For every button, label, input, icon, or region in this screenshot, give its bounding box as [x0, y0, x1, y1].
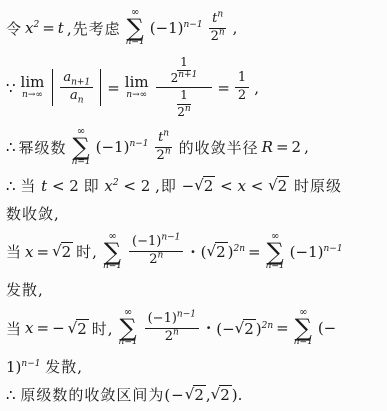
- summation-symbol: ∞ ∑ n=1: [103, 232, 122, 272]
- radicand: 2: [219, 385, 232, 404]
- neg-one-base: (−1): [150, 19, 184, 37]
- absolute-value: an+1 an: [52, 69, 101, 106]
- variable-x: x: [104, 177, 112, 195]
- sigma-icon: ∑: [127, 18, 144, 38]
- solution-line-5: 数收敛,: [6, 203, 379, 224]
- limit-operator: lim n→∞: [125, 75, 149, 100]
- radical-icon: √: [185, 385, 195, 403]
- neg-one-power: (−1)n−1: [96, 138, 149, 156]
- minus-sign: −: [52, 319, 65, 337]
- text-run: 幂级数: [19, 137, 67, 158]
- limit-operator: lim n→∞: [21, 75, 45, 100]
- summation-symbol: ∞ ∑ n=1: [126, 8, 145, 48]
- radical-icon: √: [235, 319, 245, 337]
- neg-one-power: (−1)n−1: [290, 243, 343, 261]
- sqrt-two: √2: [194, 176, 215, 195]
- fraction-numerator: (−1)n−1: [145, 312, 199, 329]
- fraction-denominator: an: [67, 88, 87, 104]
- sum-lower-limit: n=1: [72, 158, 91, 168]
- lim-word: lim: [21, 75, 45, 90]
- solution-line-8: 当 x = −√2 时, ∞ ∑ n=1 (−1)n−1 2n · (−√2)2…: [6, 308, 379, 348]
- variable-a: a: [63, 70, 71, 85]
- sum-lower-limit: n=1: [294, 338, 313, 348]
- radicand: 2: [76, 319, 89, 338]
- outer-denominator: 1 2n: [162, 88, 205, 120]
- exponent: n: [185, 104, 191, 114]
- radical-icon: √: [211, 385, 221, 403]
- sum-lower-limit: n=1: [126, 38, 145, 48]
- equals-sign: =: [276, 319, 289, 337]
- sqrt-two: √2: [207, 242, 228, 261]
- text-run: 时,: [92, 318, 114, 339]
- neg-one-base: (−1): [132, 234, 161, 249]
- exponent: n−1: [129, 139, 148, 149]
- open-paren-minus: (−: [318, 319, 336, 337]
- comma: ,: [304, 138, 309, 156]
- text-run: 令: [6, 18, 22, 39]
- variable-x: x: [25, 319, 33, 337]
- base-two: 2: [165, 329, 173, 344]
- neg-one-base: (−1): [96, 138, 130, 156]
- neg-one-base: (−1): [148, 311, 177, 326]
- exponent: 2n: [233, 244, 245, 254]
- fraction-denominator: 2n: [154, 148, 174, 164]
- sqrt-two: √2: [235, 319, 256, 338]
- solution-line-6: 当 x = √2 时, ∞ ∑ n=1 (−1)n−1 2n · (√2)2n …: [6, 232, 379, 272]
- exponent: n: [157, 251, 163, 261]
- sqrt-two: √2: [268, 176, 289, 195]
- lim-subscript: n→∞: [22, 91, 43, 100]
- solution-line-2: ∵ lim n→∞ an+1 an = lim n→∞ 1 2n+1: [6, 56, 379, 120]
- subscript: n+1: [71, 78, 90, 88]
- because-symbol: ∵: [6, 79, 16, 97]
- comma: ,: [233, 19, 238, 37]
- fraction-neg1-over-2n: (−1)n−1 2n: [129, 235, 183, 268]
- solution-line-7: 发散,: [6, 279, 379, 300]
- therefore-symbol: ∴: [6, 138, 16, 156]
- exponent: n: [165, 147, 171, 157]
- fraction-tn-over-2n: tn 2n: [154, 131, 174, 164]
- fraction-denominator: 2n: [162, 329, 182, 345]
- fraction-denominator: 2n: [208, 29, 228, 45]
- lim-word: lim: [125, 75, 149, 90]
- inner-fraction-top: 1 2n+1: [168, 56, 201, 87]
- variable-t: t: [58, 19, 64, 37]
- exponent: n: [173, 327, 179, 337]
- exponent: 2: [33, 20, 39, 30]
- fraction-denominator: 2: [235, 88, 249, 104]
- term-x-squared: x2: [25, 19, 39, 37]
- sqrt-two: √2: [211, 385, 232, 404]
- radicand: 2: [215, 242, 228, 261]
- equals-sign: =: [248, 243, 261, 261]
- text-run: 当: [6, 241, 22, 262]
- neg-sqrt-two-power: (−√2)2n: [216, 319, 273, 338]
- fraction-denominator: 2n: [174, 105, 193, 120]
- fraction-numerator: 1: [177, 89, 191, 105]
- radicand: 2: [243, 319, 256, 338]
- exponent: 2n: [262, 321, 274, 331]
- equals-sign: =: [36, 243, 49, 261]
- text-run: 时原级: [294, 177, 342, 195]
- variable-t: t: [41, 177, 47, 195]
- radical-icon: √: [194, 176, 204, 194]
- exponent: 2: [113, 178, 119, 188]
- close-paren-one: 1): [6, 358, 21, 376]
- text-run: 当: [6, 318, 22, 339]
- exponent: n−1: [184, 20, 203, 30]
- base-two: 2: [211, 29, 219, 44]
- exponent: n: [217, 9, 223, 19]
- summation-symbol: ∞ ∑ n=1: [266, 232, 285, 272]
- text-run: ,即: [155, 177, 177, 195]
- equals-sign: =: [276, 138, 289, 156]
- exponent: n−1: [161, 233, 180, 243]
- summation-symbol: ∞ ∑ n=1: [119, 308, 138, 348]
- fraction-numerator: tn: [155, 131, 172, 148]
- sigma-icon: ∑: [73, 137, 90, 157]
- variable-x: x: [25, 243, 33, 261]
- therefore-symbol: ∴: [6, 177, 16, 195]
- sigma-icon: ∑: [120, 318, 137, 338]
- neg-one-power: (−1)n−1: [150, 19, 203, 37]
- sigma-icon: ∑: [267, 242, 284, 262]
- exponent: n: [219, 27, 225, 37]
- fraction-denominator: 2n+1: [168, 71, 201, 86]
- sigma-icon: ∑: [295, 318, 312, 338]
- less-than-sign: <: [52, 177, 65, 195]
- comma: ,: [254, 79, 259, 97]
- multiplication-dot: ·: [188, 243, 197, 261]
- sum-lower-limit: n=1: [119, 338, 138, 348]
- radicand: 2: [277, 176, 290, 195]
- math-solution-page: 令 x2 = t ,先考虑 ∞ ∑ n=1 (−1)n−1 tn 2n , ∵ …: [0, 0, 387, 411]
- solution-line-4: ∴ 当 t < 2 即 x2 < 2 ,即 −√2 < x < √2 时原级: [6, 175, 379, 196]
- sqrt-two-power: (√2)2n: [201, 242, 245, 261]
- text-run: 即: [84, 177, 100, 195]
- summation-symbol: ∞ ∑ n=1: [72, 127, 91, 167]
- less-than-sign: <: [220, 177, 233, 195]
- equals-sign: =: [36, 319, 49, 337]
- one-half-fraction: 1 2: [235, 71, 249, 104]
- sqrt-two: √2: [185, 385, 206, 404]
- text-run: ,先考虑: [67, 18, 121, 39]
- text-run: 数收敛,: [6, 205, 60, 223]
- text-run: 当: [20, 177, 36, 195]
- sum-lower-limit: n=1: [266, 262, 285, 272]
- radicand: 2: [203, 176, 216, 195]
- variable-x: x: [237, 177, 245, 195]
- variable-R: R: [262, 138, 273, 156]
- open-paren: (−: [216, 320, 234, 338]
- text-run: 的收敛半径: [179, 137, 259, 158]
- radicand: 2: [61, 242, 74, 261]
- sqrt-two: √2: [68, 319, 89, 338]
- radicand: 2: [193, 385, 206, 404]
- solution-line-1: 令 x2 = t ,先考虑 ∞ ∑ n=1 (−1)n−1 tn 2n ,: [6, 8, 379, 48]
- value-two: 2: [69, 177, 79, 195]
- radical-icon: √: [207, 242, 217, 260]
- solution-line-3: ∴ 幂级数 ∞ ∑ n=1 (−1)n−1 tn 2n 的收敛半径 R = 2 …: [6, 127, 379, 167]
- radical-icon: √: [268, 176, 278, 194]
- fraction-numerator: (−1)n−1: [129, 235, 183, 252]
- sqrt-two: √2: [52, 242, 73, 261]
- lim-subscript: n→∞: [126, 91, 147, 100]
- exponent: n−1: [177, 309, 196, 319]
- equals-sign: =: [42, 19, 55, 37]
- fraction-denominator: 2n: [146, 252, 166, 268]
- fraction-tn-over-2n: tn 2n: [208, 12, 228, 45]
- equals-sign: =: [107, 79, 120, 97]
- sigma-icon: ∑: [104, 242, 121, 262]
- text-run: 时,: [76, 241, 98, 262]
- close-paren-period: ).: [232, 386, 243, 404]
- term-x-squared: x2: [104, 177, 118, 195]
- sum-lower-limit: n=1: [103, 262, 122, 272]
- text-run: 原级数的收敛区间为(−: [20, 386, 184, 404]
- fraction-numerator: an+1: [60, 71, 93, 88]
- minus-sign: −: [182, 177, 195, 195]
- equals-sign: =: [217, 79, 230, 97]
- value-two: 2: [141, 177, 151, 195]
- exponent: n: [163, 129, 169, 139]
- text-run: 发散,: [6, 281, 44, 299]
- less-than-sign: <: [123, 177, 136, 195]
- subscript: n: [78, 96, 84, 106]
- radical-icon: √: [68, 319, 78, 337]
- fraction-numerator: tn: [209, 12, 226, 29]
- compound-fraction: 1 2n+1 1 2n: [156, 56, 213, 120]
- exponent: n−1: [21, 359, 40, 369]
- outer-numerator: 1 2n+1: [156, 56, 213, 89]
- ratio-fraction: an+1 an: [60, 71, 93, 104]
- base-two: 2: [177, 105, 185, 119]
- variable-a: a: [70, 88, 78, 103]
- exponent: n+1: [178, 70, 197, 80]
- less-than-sign: <: [251, 177, 264, 195]
- continued-power: 1)n−1: [6, 358, 40, 376]
- text-run: 发散,: [45, 358, 83, 376]
- solution-line-10: ∴ 原级数的收敛区间为(−√2,√2).: [6, 384, 379, 405]
- summation-symbol: ∞ ∑ n=1: [294, 308, 313, 348]
- fraction-neg1-over-2n: (−1)n−1 2n: [145, 312, 199, 345]
- value-two: 2: [292, 138, 302, 156]
- inner-fraction-bottom: 1 2n: [174, 89, 193, 120]
- fraction-numerator: 1: [177, 56, 191, 72]
- solution-line-9: 1)n−1 发散,: [6, 356, 379, 377]
- neg-one-base: (−1): [290, 243, 324, 261]
- fraction-numerator: 1: [235, 71, 249, 88]
- exponent: n−1: [324, 244, 343, 254]
- therefore-symbol: ∴: [6, 386, 16, 404]
- radical-icon: √: [52, 242, 62, 260]
- base-two: 2: [157, 148, 165, 163]
- multiplication-dot: ·: [204, 319, 213, 337]
